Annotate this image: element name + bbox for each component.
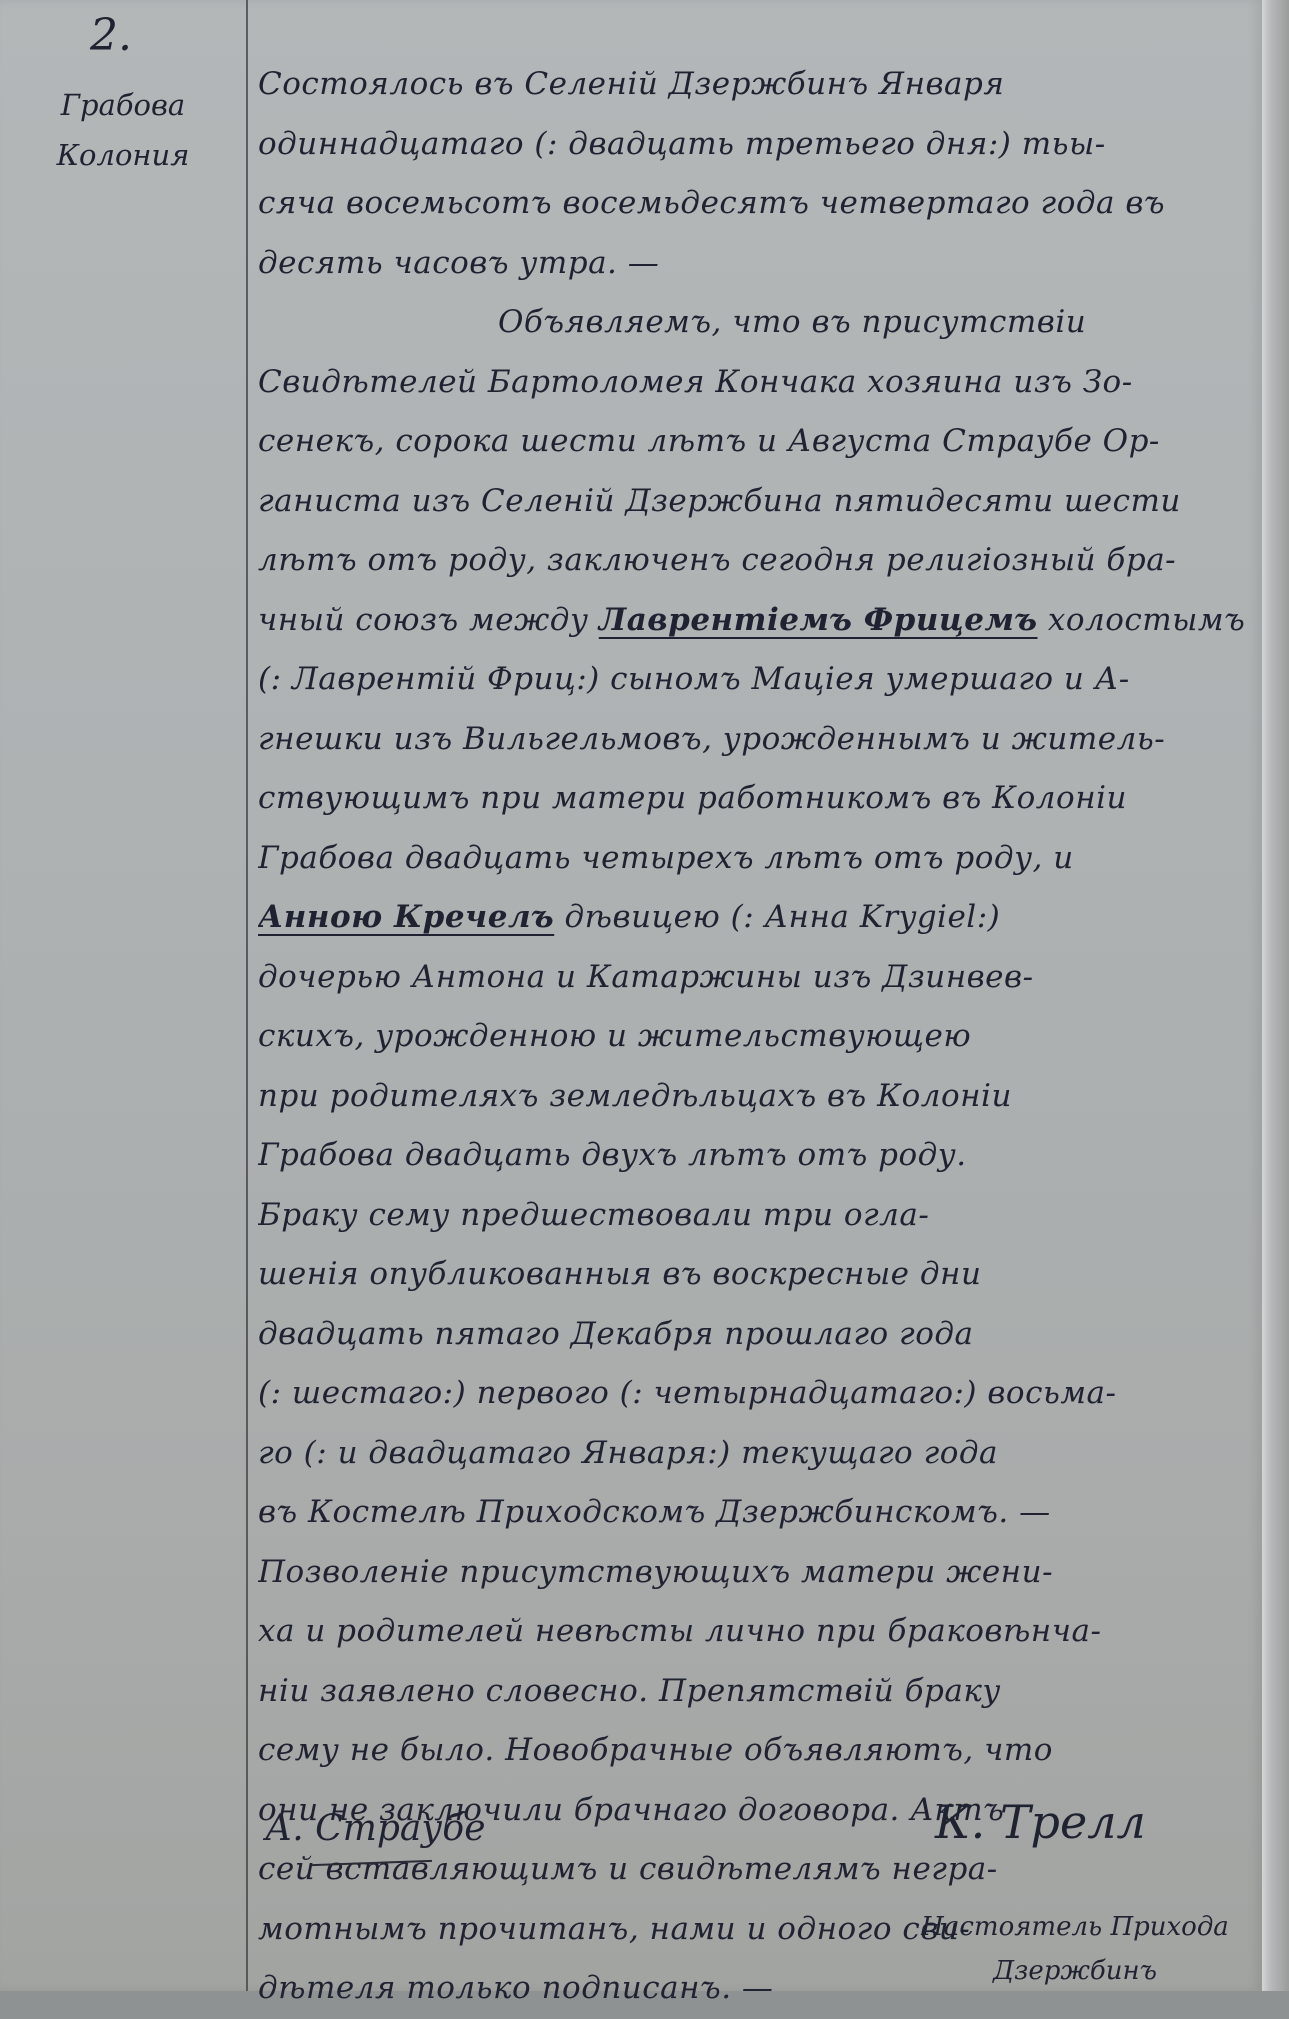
margin-rule	[246, 0, 248, 1991]
margin-place-name: Грабова Колония	[8, 80, 238, 180]
text-line: шенія опубликованныя въ воскресные дни	[258, 1245, 1248, 1305]
text-line: Состоялось въ Селеній Дзержбинъ Января	[258, 55, 1248, 115]
priest-title-line2: Дзержбинъ	[910, 1949, 1240, 1991]
entry-number: 2.	[90, 10, 132, 61]
priest-signature: К. Трелл	[935, 1795, 1146, 1849]
text-line: скихъ, урожденною и жительствующею	[258, 1007, 1248, 1067]
text-line: го (: и двадцатаго Января:) текущаго год…	[258, 1424, 1248, 1484]
text-line: (: Лаврентій Фриц:) сыномъ Маціея умерша…	[258, 650, 1248, 710]
text-line: ганиста изъ Селеній Дзержбина пятидесяти…	[258, 472, 1248, 532]
priest-title-line1: Настоятель Прихода	[910, 1905, 1240, 1949]
text-line: одиннадцатаго (: двадцать третьего дня:)…	[258, 115, 1248, 175]
text-line: сяча восемьсотъ восемьдесятъ четвертаго …	[258, 174, 1248, 234]
text-line: въ Костелѣ Приходскомъ Дзержбинскомъ. —	[258, 1483, 1248, 1543]
text-line: гнешки изъ Вильгельмовъ, урожденнымъ и ж…	[258, 710, 1248, 770]
page-edge	[1262, 0, 1289, 1991]
text-line: сенекъ, сорока шести лѣтъ и Августа Стра…	[258, 412, 1248, 472]
text-line: двадцать пятаго Декабря прошлаго года	[258, 1305, 1248, 1365]
text-line: Грабова двадцать четырехъ лѣтъ отъ роду,…	[258, 829, 1248, 889]
text-line: ха и родителей невѣсты лично при браковѣ…	[258, 1602, 1248, 1662]
document-page: 2. Грабова Колония Состоялось въ Селеній…	[0, 0, 1262, 1991]
text-line-groom: чный союзъ между Лаврентіемъ Фрицемъ хол…	[258, 591, 1248, 651]
margin-place-line1: Грабова	[8, 80, 238, 130]
text-line: дочерью Антона и Катаржины изъ Дзинвев-	[258, 948, 1248, 1008]
text-line: ствующимъ при матери работникомъ въ Коло…	[258, 769, 1248, 829]
groom-name: Лаврентіемъ Фрицемъ	[599, 602, 1038, 638]
text-line: (: шестаго:) первого (: четырнадцатаго:)…	[258, 1364, 1248, 1424]
text-line: десять часовъ утра. —	[258, 234, 1248, 294]
text-line: сему не было. Новобрачные объявляютъ, чт…	[258, 1721, 1248, 1781]
text-line: Грабова двадцать двухъ лѣтъ отъ роду.	[258, 1126, 1248, 1186]
text-line: Браку сему предшествовали три огла-	[258, 1186, 1248, 1246]
text-line: Позволеніе присутствующихъ матери жени-	[258, 1543, 1248, 1603]
text-line: лѣтъ отъ роду, заключенъ сегодня религіо…	[258, 531, 1248, 591]
text-line: при родителяхъ земледѣльцахъ въ Колоніи	[258, 1067, 1248, 1127]
margin-place-line2: Колония	[8, 130, 238, 180]
text-line: Свидѣтелей Бартоломея Кончака хозяина из…	[258, 353, 1248, 413]
bride-name: Анною Кречелъ	[258, 899, 554, 935]
priest-title: Настоятель Прихода Дзержбинъ	[910, 1905, 1240, 1991]
witness-signature: А. Страубе	[265, 1808, 486, 1849]
record-body: Состоялось въ Селеній Дзержбинъ Января о…	[258, 55, 1248, 1991]
text-line-bride: Анною Кречелъ дѣвицею (: Анна Krygiel:)	[258, 888, 1248, 948]
text-line: ніи заявлено словесно. Препятствій браку	[258, 1662, 1248, 1722]
text-line: Объявляемъ, что въ присутствіи	[258, 293, 1248, 353]
